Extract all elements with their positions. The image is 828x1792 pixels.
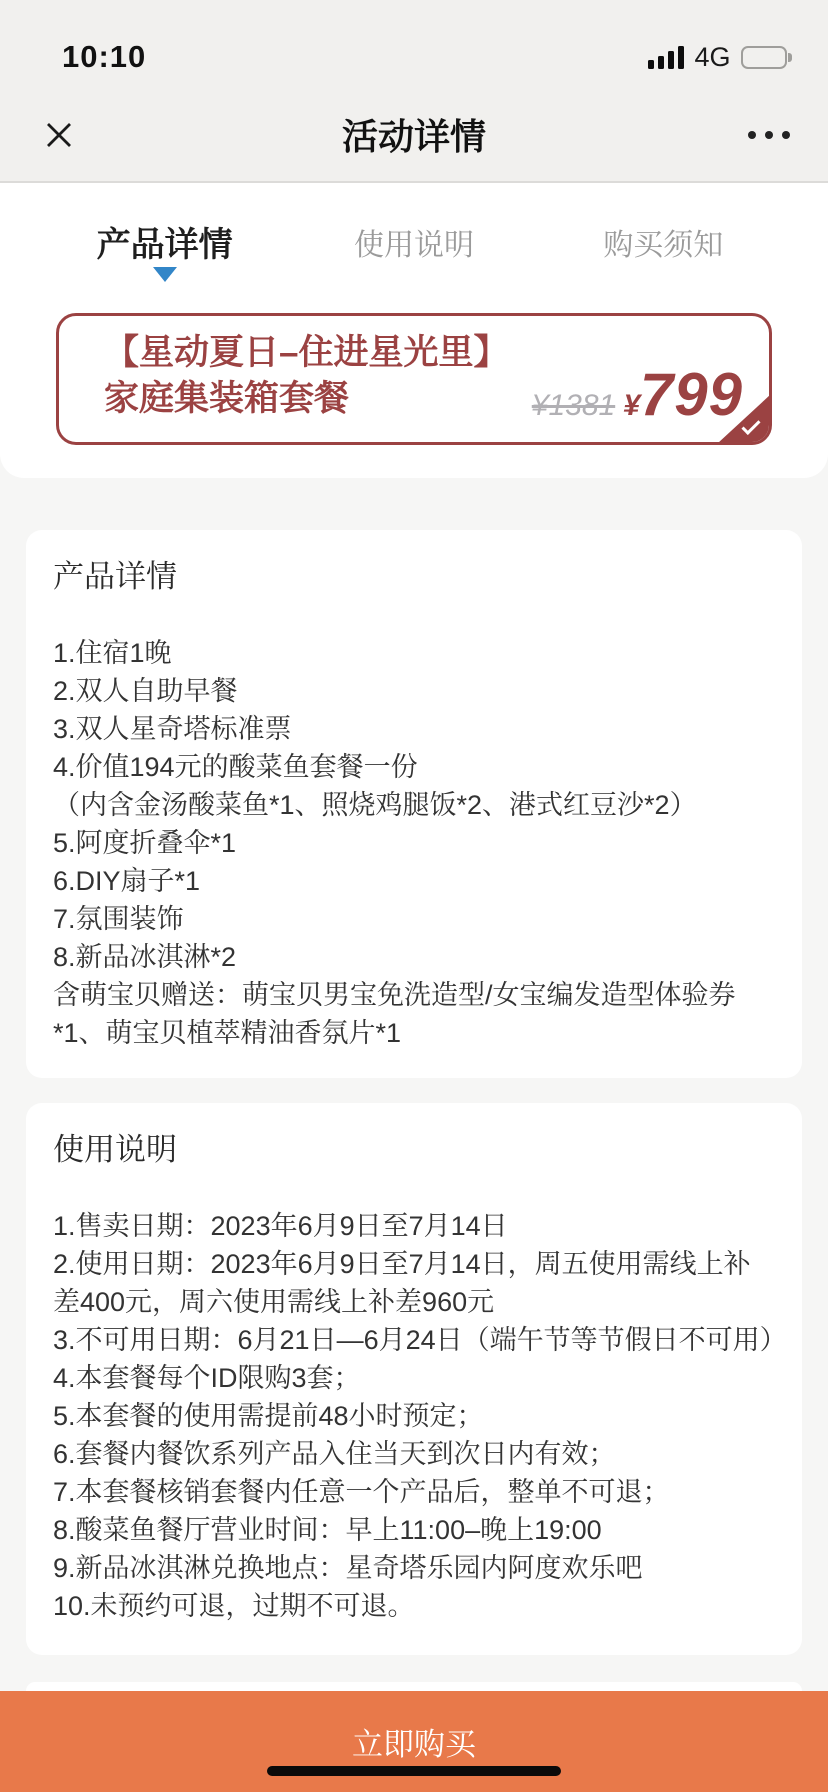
instruction-line: 10.未预约可退，过期不可退。 <box>53 1587 775 1625</box>
buy-now-button[interactable]: 立即购买 <box>0 1719 828 1764</box>
header: 10:10 4G 活动详情 <box>0 0 828 183</box>
tab-bar: 产品详情 使用说明 购买须知 <box>0 183 828 300</box>
dot-icon <box>782 131 790 139</box>
section-lines: 1.住宿1晚2.双人自助早餐3.双人星奇塔标准票4.价值194元的酸菜鱼套餐一份… <box>53 634 775 1052</box>
status-time: 10:10 <box>62 39 146 75</box>
instruction-line: 8.酸菜鱼餐厅营业时间：早上11:00–晚上19:00 <box>53 1511 775 1549</box>
signal-strength-icon <box>648 46 684 69</box>
package-option-card[interactable]: 【星动夏日–住进星光里】家庭集装箱套餐 ¥1381 ¥ 799 <box>56 313 772 445</box>
detail-line: （内含金汤酸菜鱼*1、照烧鸡腿饭*2、港式红豆沙*2） <box>53 786 775 824</box>
tab-label: 购买须知 <box>603 220 723 264</box>
status-bar: 10:10 4G <box>0 0 828 88</box>
next-card-peek <box>26 1682 802 1691</box>
instruction-line: 7.本套餐核销套餐内任意一个产品后，整单不可退； <box>53 1473 775 1511</box>
home-indicator[interactable] <box>267 1766 561 1776</box>
instruction-line: 2.使用日期：2023年6月9日至7月14日，周五使用需线上补差400元，周六使… <box>53 1245 775 1321</box>
detail-line: 3.双人星奇塔标准票 <box>53 710 775 748</box>
network-type-label: 4G <box>694 42 730 73</box>
battery-icon <box>741 46 793 69</box>
detail-line: 2.双人自助早餐 <box>53 672 775 710</box>
section-product-details: 产品详情 1.住宿1晚2.双人自助早餐3.双人星奇塔标准票4.价值194元的酸菜… <box>26 530 802 1078</box>
instruction-line: 1.售卖日期：2023年6月9日至7月14日 <box>53 1207 775 1245</box>
tab-label: 使用说明 <box>354 220 474 264</box>
detail-line: 5.阿度折叠伞*1 <box>53 824 775 862</box>
detail-line: 7.氛围装饰 <box>53 900 775 938</box>
instruction-line: 4.本套餐每个ID限购3套； <box>53 1359 775 1397</box>
package-price: ¥1381 ¥ 799 <box>532 360 743 429</box>
instruction-line: 6.套餐内餐饮系列产品入住当天到次日内有效； <box>53 1435 775 1473</box>
more-options-button[interactable] <box>748 131 790 139</box>
dot-icon <box>765 131 773 139</box>
section-heading: 产品详情 <box>53 556 775 598</box>
detail-line: 4.价值194元的酸菜鱼套餐一份 <box>53 748 775 786</box>
currency-symbol: ¥ <box>623 389 640 423</box>
top-section: 产品详情 使用说明 购买须知 【星动夏日–住进星光里】家庭集装箱套餐 ¥1381… <box>0 183 828 478</box>
selected-corner-badge <box>718 395 770 443</box>
tab-purchase-notes[interactable]: 购买须知 <box>539 183 788 300</box>
instruction-line: 3.不可用日期：6月21日—6月24日（端午节等节假日不可用） <box>53 1321 775 1359</box>
dot-icon <box>748 131 756 139</box>
nav-bar: 活动详情 <box>0 88 828 181</box>
package-title: 【星动夏日–住进星光里】家庭集装箱套餐 <box>104 330 534 422</box>
section-usage-instructions: 使用说明 1.售卖日期：2023年6月9日至7月14日2.使用日期：2023年6… <box>26 1103 802 1655</box>
tab-product-details[interactable]: 产品详情 <box>40 183 289 300</box>
detail-line: 8.新品冰淇淋*2 <box>53 938 775 976</box>
section-heading: 使用说明 <box>53 1129 775 1171</box>
detail-line: 6.DIY扇子*1 <box>53 862 775 900</box>
active-tab-caret-icon <box>153 267 177 282</box>
instruction-line: 5.本套餐的使用需提前48小时预定； <box>53 1397 775 1435</box>
section-lines: 1.售卖日期：2023年6月9日至7月14日2.使用日期：2023年6月9日至7… <box>53 1207 775 1625</box>
instruction-line: 9.新品冰淇淋兑换地点：星奇塔乐园内阿度欢乐吧 <box>53 1549 775 1587</box>
tab-usage-instructions[interactable]: 使用说明 <box>289 183 538 300</box>
original-price: ¥1381 <box>532 389 615 423</box>
bottom-action-bar: 立即购买 <box>0 1691 828 1792</box>
tab-label: 产品详情 <box>97 217 233 266</box>
detail-line: 1.住宿1晚 <box>53 634 775 672</box>
page-title: 活动详情 <box>0 109 828 160</box>
detail-line: 含萌宝贝赠送：萌宝贝男宝免洗造型/女宝编发造型体验券*1、萌宝贝植萃精油香氛片*… <box>53 976 775 1052</box>
